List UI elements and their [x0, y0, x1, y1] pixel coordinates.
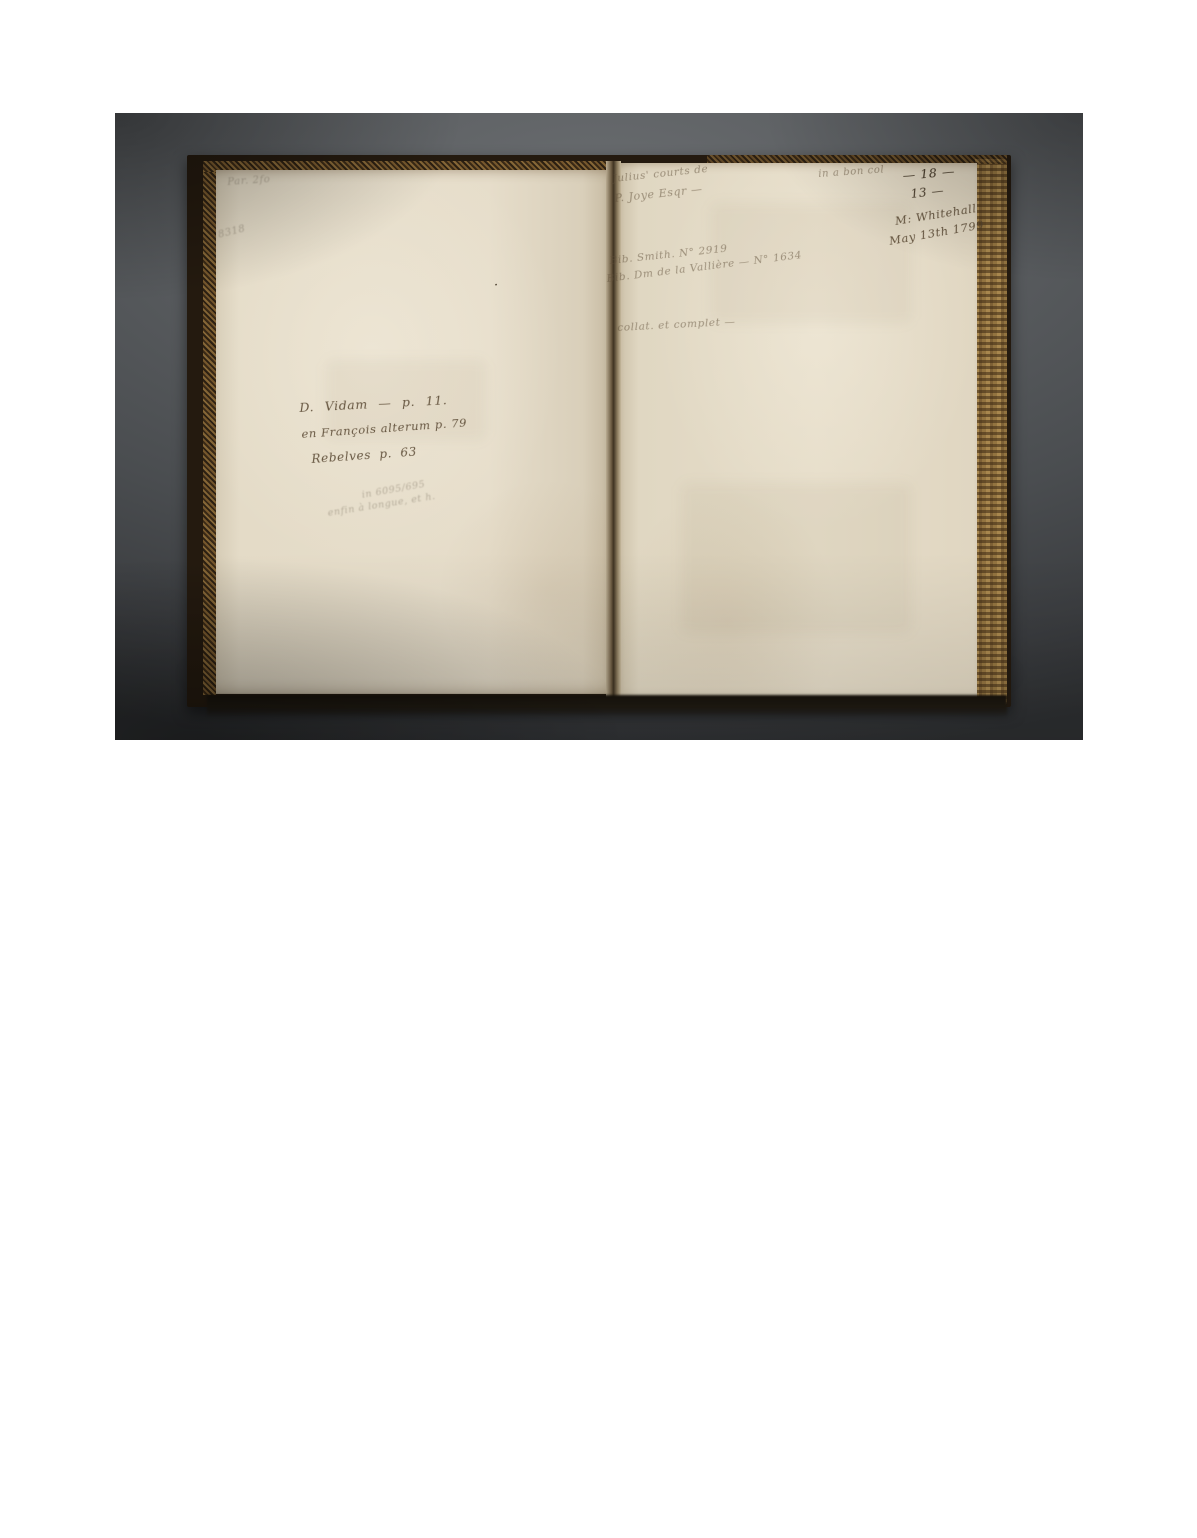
page-canvas: Par. 2fo 8318 · D. Vidam — p. 11. en Fra… — [0, 0, 1197, 1538]
book-photograph: Par. 2fo 8318 · D. Vidam — p. 11. en Fra… — [115, 113, 1083, 740]
photo-vignette — [115, 113, 1083, 740]
